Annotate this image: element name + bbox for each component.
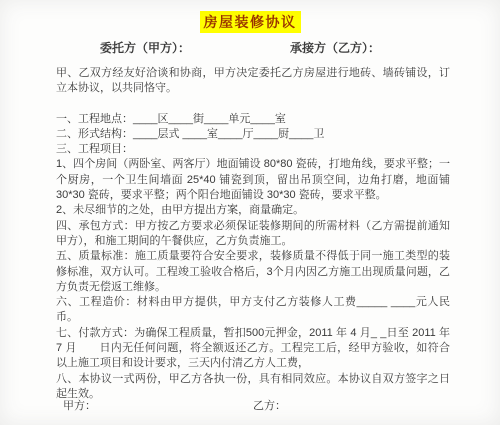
- clause-payment-method: 七、付款方式：为确保工程质量，暂扣500元押金，2011 年 4 月_ _日至 …: [56, 326, 450, 372]
- clause-contracting-method: 四、承包方式：甲方按乙方要求必须保证装修期间的所需材料（乙方需提前通知甲方），和…: [56, 219, 450, 250]
- signature-party-b-label: 乙方：: [253, 397, 286, 413]
- clause-project-item-1: 1、四个房间（两卧室、两客厅）地面铺设 80*80 瓷砖，打地角线，要求平整；一…: [56, 157, 450, 203]
- party-b-label: 承接方（乙方）：: [290, 39, 380, 56]
- clause-project-heading: 三、工程项目：: [56, 142, 450, 157]
- title-row: 房屋装修协议: [0, 11, 500, 33]
- party-row: 委托方（甲方）： 承接方（乙方）：: [58, 39, 450, 55]
- party-a-label: 委托方（甲方）：: [100, 39, 190, 56]
- clause-quality-standard: 五、质量标准：施工质量要符合安全要求，装修质量不得低于同一施工类型的装修标准，双…: [56, 249, 450, 295]
- clause-structure: 二、形式结构：____层式 ____室____厅____厨____卫: [56, 127, 450, 142]
- clause-location: 一、工程地点：____区____街____单元____室: [56, 112, 450, 127]
- contract-document-page: 房屋装修协议 委托方（甲方）： 承接方（乙方）： 甲、乙双方经友好洽谈和协商，甲…: [0, 0, 500, 425]
- document-title: 房屋装修协议: [200, 11, 301, 33]
- contract-body: 甲、乙双方经友好洽谈和协商，甲方决定委托乙方房屋进行地砖、墙砖铺设，订立本协议，…: [56, 66, 450, 402]
- clause-project-item-2: 2、未尽细节的之处，由甲方提出方案，商量确定。: [56, 203, 450, 218]
- signature-row: 甲方： 乙方：: [0, 397, 500, 413]
- signature-party-a-label: 甲方：: [63, 397, 96, 413]
- preamble: 甲、乙双方经友好洽谈和协商，甲方决定委托乙方房屋进行地砖、墙砖铺设，订立本协议，…: [56, 66, 450, 97]
- clause-project-cost: 六、工程造价：材料由甲方提供，甲方支付乙方装修人工费_____ ____元人民币…: [56, 295, 450, 326]
